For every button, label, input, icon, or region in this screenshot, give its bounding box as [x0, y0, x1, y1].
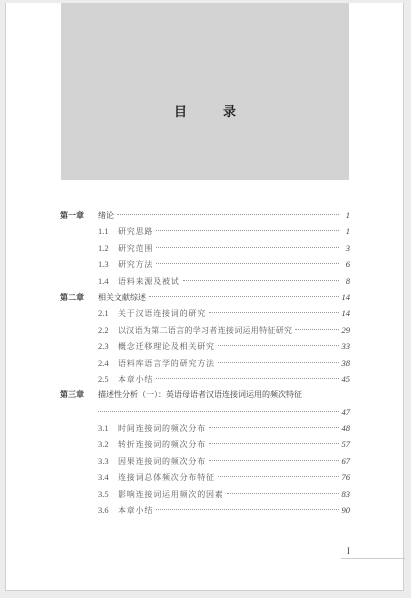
section-title: 概念迁移理论及相关研究 — [118, 339, 215, 355]
section-title: 时间连接词的频次分布 — [118, 421, 206, 437]
page-number: 57 — [342, 436, 351, 452]
table-of-contents: 第一章 绪论 1 1.1 研究思路 1 1.2 研究范围 3 1.3 研究方法 … — [60, 207, 350, 518]
footer-page-number: I — [347, 546, 350, 556]
page-number: 38 — [342, 355, 351, 371]
page-number: 45 — [342, 371, 351, 387]
section-number: 1.3 — [98, 256, 118, 272]
section-number: 3.1 — [98, 420, 118, 436]
toc-section-1-1[interactable]: 1.1 研究思路 1 — [60, 223, 350, 239]
chapter-label: 第三章 — [60, 387, 98, 403]
toc-section-1-4[interactable]: 1.4 语料来源及被试 8 — [60, 273, 350, 289]
leader-dots — [156, 230, 339, 231]
section-number: 3.5 — [98, 486, 118, 502]
title-char-2: 录 — [223, 101, 236, 120]
page-number: 90 — [342, 502, 351, 518]
toc-title: 目录 — [61, 101, 349, 120]
section-number: 1.1 — [98, 223, 118, 239]
toc-section-3-2[interactable]: 3.2 转折连接词的频次分布 57 — [60, 436, 350, 452]
section-title: 研究范围 — [118, 241, 153, 257]
section-title: 因果连接词的频次分布 — [118, 454, 206, 470]
toc-section-3-1[interactable]: 3.1 时间连接词的频次分布 48 — [60, 420, 350, 436]
page-number: 48 — [342, 420, 351, 436]
leader-dots — [156, 247, 339, 248]
section-title: 以汉语为第二语言的学习者连接词运用特征研究 — [118, 323, 292, 339]
section-title: 本章小结 — [118, 503, 153, 519]
title-char-1: 目 — [174, 101, 187, 120]
toc-section-2-4[interactable]: 2.4 语料库语言学的研究方法 38 — [60, 355, 350, 371]
toc-section-1-2[interactable]: 1.2 研究范围 3 — [60, 240, 350, 256]
section-number: 1.4 — [98, 273, 118, 289]
section-number: 3.2 — [98, 436, 118, 452]
section-number: 2.4 — [98, 355, 118, 371]
chapter-title: 描述性分析（一）：英语母语者汉语连接词运用的频次特征 — [98, 387, 302, 403]
leader-dots — [209, 312, 339, 313]
toc-section-3-4[interactable]: 3.4 连接词总体频次分布特征 76 — [60, 469, 350, 485]
page-number: 6 — [342, 256, 350, 272]
section-title: 影响连接词运用频次的因素 — [118, 487, 224, 503]
page-number: 29 — [342, 322, 351, 338]
section-number: 2.5 — [98, 371, 118, 387]
chapter-title: 绪论 — [98, 208, 114, 224]
page-number: 3 — [342, 240, 350, 256]
leader-dots — [183, 280, 339, 281]
toc-section-3-6[interactable]: 3.6 本章小结 90 — [60, 502, 350, 518]
section-number: 2.1 — [98, 305, 118, 321]
leader-dots — [209, 443, 339, 444]
page-number: 83 — [342, 486, 351, 502]
chapter-label: 第二章 — [60, 290, 98, 306]
section-title: 关于汉语连接词的研究 — [118, 306, 206, 322]
toc-section-2-3[interactable]: 2.3 概念迁移理论及相关研究 33 — [60, 338, 350, 354]
section-number: 2.3 — [98, 338, 118, 354]
toc-section-3-5[interactable]: 3.5 影响连接词运用频次的因素 83 — [60, 486, 350, 502]
leader-dots — [209, 427, 339, 428]
toc-section-2-5[interactable]: 2.5 本章小结 45 — [60, 371, 350, 387]
section-title: 研究思路 — [118, 224, 153, 240]
toc-section-2-1[interactable]: 2.1 关于汉语连接词的研究 14 — [60, 305, 350, 321]
page-number: 1 — [342, 207, 350, 223]
section-number: 2.2 — [98, 322, 118, 338]
chapter-title: 相关文献综述 — [98, 290, 146, 306]
toc-section-3-3[interactable]: 3.3 因果连接词的频次分布 67 — [60, 453, 350, 469]
page-number: 14 — [342, 289, 351, 305]
leader-dots — [218, 476, 339, 477]
leader-dots — [117, 214, 339, 215]
leader-dots — [295, 329, 338, 330]
leader-dots — [98, 411, 339, 412]
chapter-label: 第一章 — [60, 208, 98, 224]
page-number: 76 — [342, 469, 351, 485]
section-title: 本章小结 — [118, 372, 153, 388]
leader-dots — [149, 296, 339, 297]
document-page: 目录 第一章 绪论 1 1.1 研究思路 1 1.2 研究范围 3 1.3 研究… — [5, 3, 404, 591]
section-number: 3.3 — [98, 453, 118, 469]
footer-rule — [341, 558, 405, 559]
section-number: 1.2 — [98, 240, 118, 256]
section-title: 研究方法 — [118, 257, 153, 273]
toc-chapter-3[interactable]: 第三章 描述性分析（一）：英语母语者汉语连接词运用的频次特征 — [60, 387, 350, 403]
section-title: 转折连接词的频次分布 — [118, 437, 206, 453]
toc-section-2-2[interactable]: 2.2 以汉语为第二语言的学习者连接词运用特征研究 29 — [60, 322, 350, 338]
leader-dots — [156, 263, 339, 264]
toc-chapter-1[interactable]: 第一章 绪论 1 — [60, 207, 350, 223]
leader-dots — [218, 362, 339, 363]
page-number: 33 — [342, 338, 351, 354]
toc-chapter-2[interactable]: 第二章 相关文献综述 14 — [60, 289, 350, 305]
page-number: 1 — [342, 223, 350, 239]
section-title: 连接词总体频次分布特征 — [118, 470, 215, 486]
toc-chapter-3-continuation[interactable]: 47 — [60, 404, 350, 420]
page-number: 14 — [342, 305, 351, 321]
leader-dots — [156, 378, 338, 379]
leader-dots — [209, 460, 339, 461]
toc-section-1-3[interactable]: 1.3 研究方法 6 — [60, 256, 350, 272]
page-number: 67 — [342, 453, 351, 469]
page-number: 47 — [342, 404, 351, 420]
section-title: 语料库语言学的研究方法 — [118, 356, 215, 372]
leader-dots — [218, 345, 339, 346]
title-banner: 目录 — [61, 3, 349, 180]
leader-dots — [156, 509, 338, 510]
section-title: 语料来源及被试 — [118, 274, 180, 290]
leader-dots — [227, 493, 339, 494]
section-number: 3.4 — [98, 469, 118, 485]
section-number: 3.6 — [98, 502, 118, 518]
page-number: 8 — [342, 273, 350, 289]
